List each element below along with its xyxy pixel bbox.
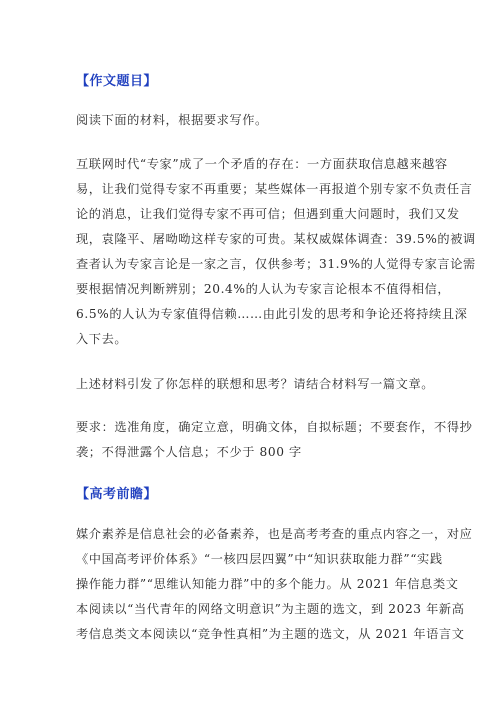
text-line: 上述材料引发了你怎样的联想和思考？请结合材料写一篇文章。 <box>76 372 432 397</box>
text-line: 6.5%的人认为专家值得信赖……由此引发的思考和争论还将持续且深 <box>76 302 432 327</box>
text-line: 查者认为专家言论是一家之言，仅供参考；31.9%的人觉得专家言论需 <box>76 252 432 277</box>
text-line: 易，让我们觉得专家不再重要；某些媒体一再报道个别专家不负责任言 <box>76 177 432 202</box>
section-heading-exam-outlook: 【高考前瞻】 <box>76 483 157 502</box>
text-line: 操作能力群”“思维认知能力群”中的多个能力。从 2021 年信息类文 <box>76 572 432 597</box>
section-heading-essay-title: 【作文题目】 <box>76 70 157 89</box>
text-line: 要求：选准角度，确定立意，明确文体，自拟标题；不要套作，不得抄 <box>76 415 432 440</box>
text-line: 媒介素养是信息社会的必备素养，也是高考考查的重点内容之一，对应 <box>76 522 432 547</box>
instruction-text: 阅读下面的材料，根据要求写作。 <box>76 108 432 133</box>
text-line: 考信息类文本阅读以“竞争性真相”为主题的选文，从 2021 年语言文 <box>76 622 432 647</box>
text-line: 互联网时代“专家”成了一个矛盾的存在：一方面获取信息越来越容 <box>76 152 432 177</box>
prompt-paragraph: 上述材料引发了你怎样的联想和思考？请结合材料写一篇文章。 <box>76 372 432 397</box>
text-line: 论的消息，让我们觉得专家不再可信；但遇到重大问题时，我们又发 <box>76 202 432 227</box>
material-paragraph: 互联网时代“专家”成了一个矛盾的存在：一方面获取信息越来越容 易，让我们觉得专家… <box>76 152 432 352</box>
text-line: 现，袁隆平、屠呦呦这样专家的可贵。某权威媒体调查：39.5%的被调 <box>76 227 432 252</box>
requirements-paragraph: 要求：选准角度，确定立意，明确文体，自拟标题；不要套作，不得抄 袭；不得泄露个人… <box>76 415 432 465</box>
text-line: 要根据情况判断辨别；20.4%的人认为专家言论根本不值得相信， <box>76 277 432 302</box>
exam-outlook-paragraph: 媒介素养是信息社会的必备素养，也是高考考查的重点内容之一，对应 《中国高考评价体… <box>76 522 432 647</box>
text-line: 袭；不得泄露个人信息；不少于 800 字 <box>76 440 432 465</box>
text-line: 阅读下面的材料，根据要求写作。 <box>76 108 432 133</box>
text-line: 本阅读以“当代青年的网络文明意识”为主题的选文，到 2023 年新高 <box>76 597 432 622</box>
text-line: 《中国高考评价体系》“一核四层四翼”中“知识获取能力群”“实践 <box>76 547 432 572</box>
document-page: 【作文题目】 阅读下面的材料，根据要求写作。 互联网时代“专家”成了一个矛盾的存… <box>0 0 500 707</box>
text-line: 入下去。 <box>76 327 432 352</box>
